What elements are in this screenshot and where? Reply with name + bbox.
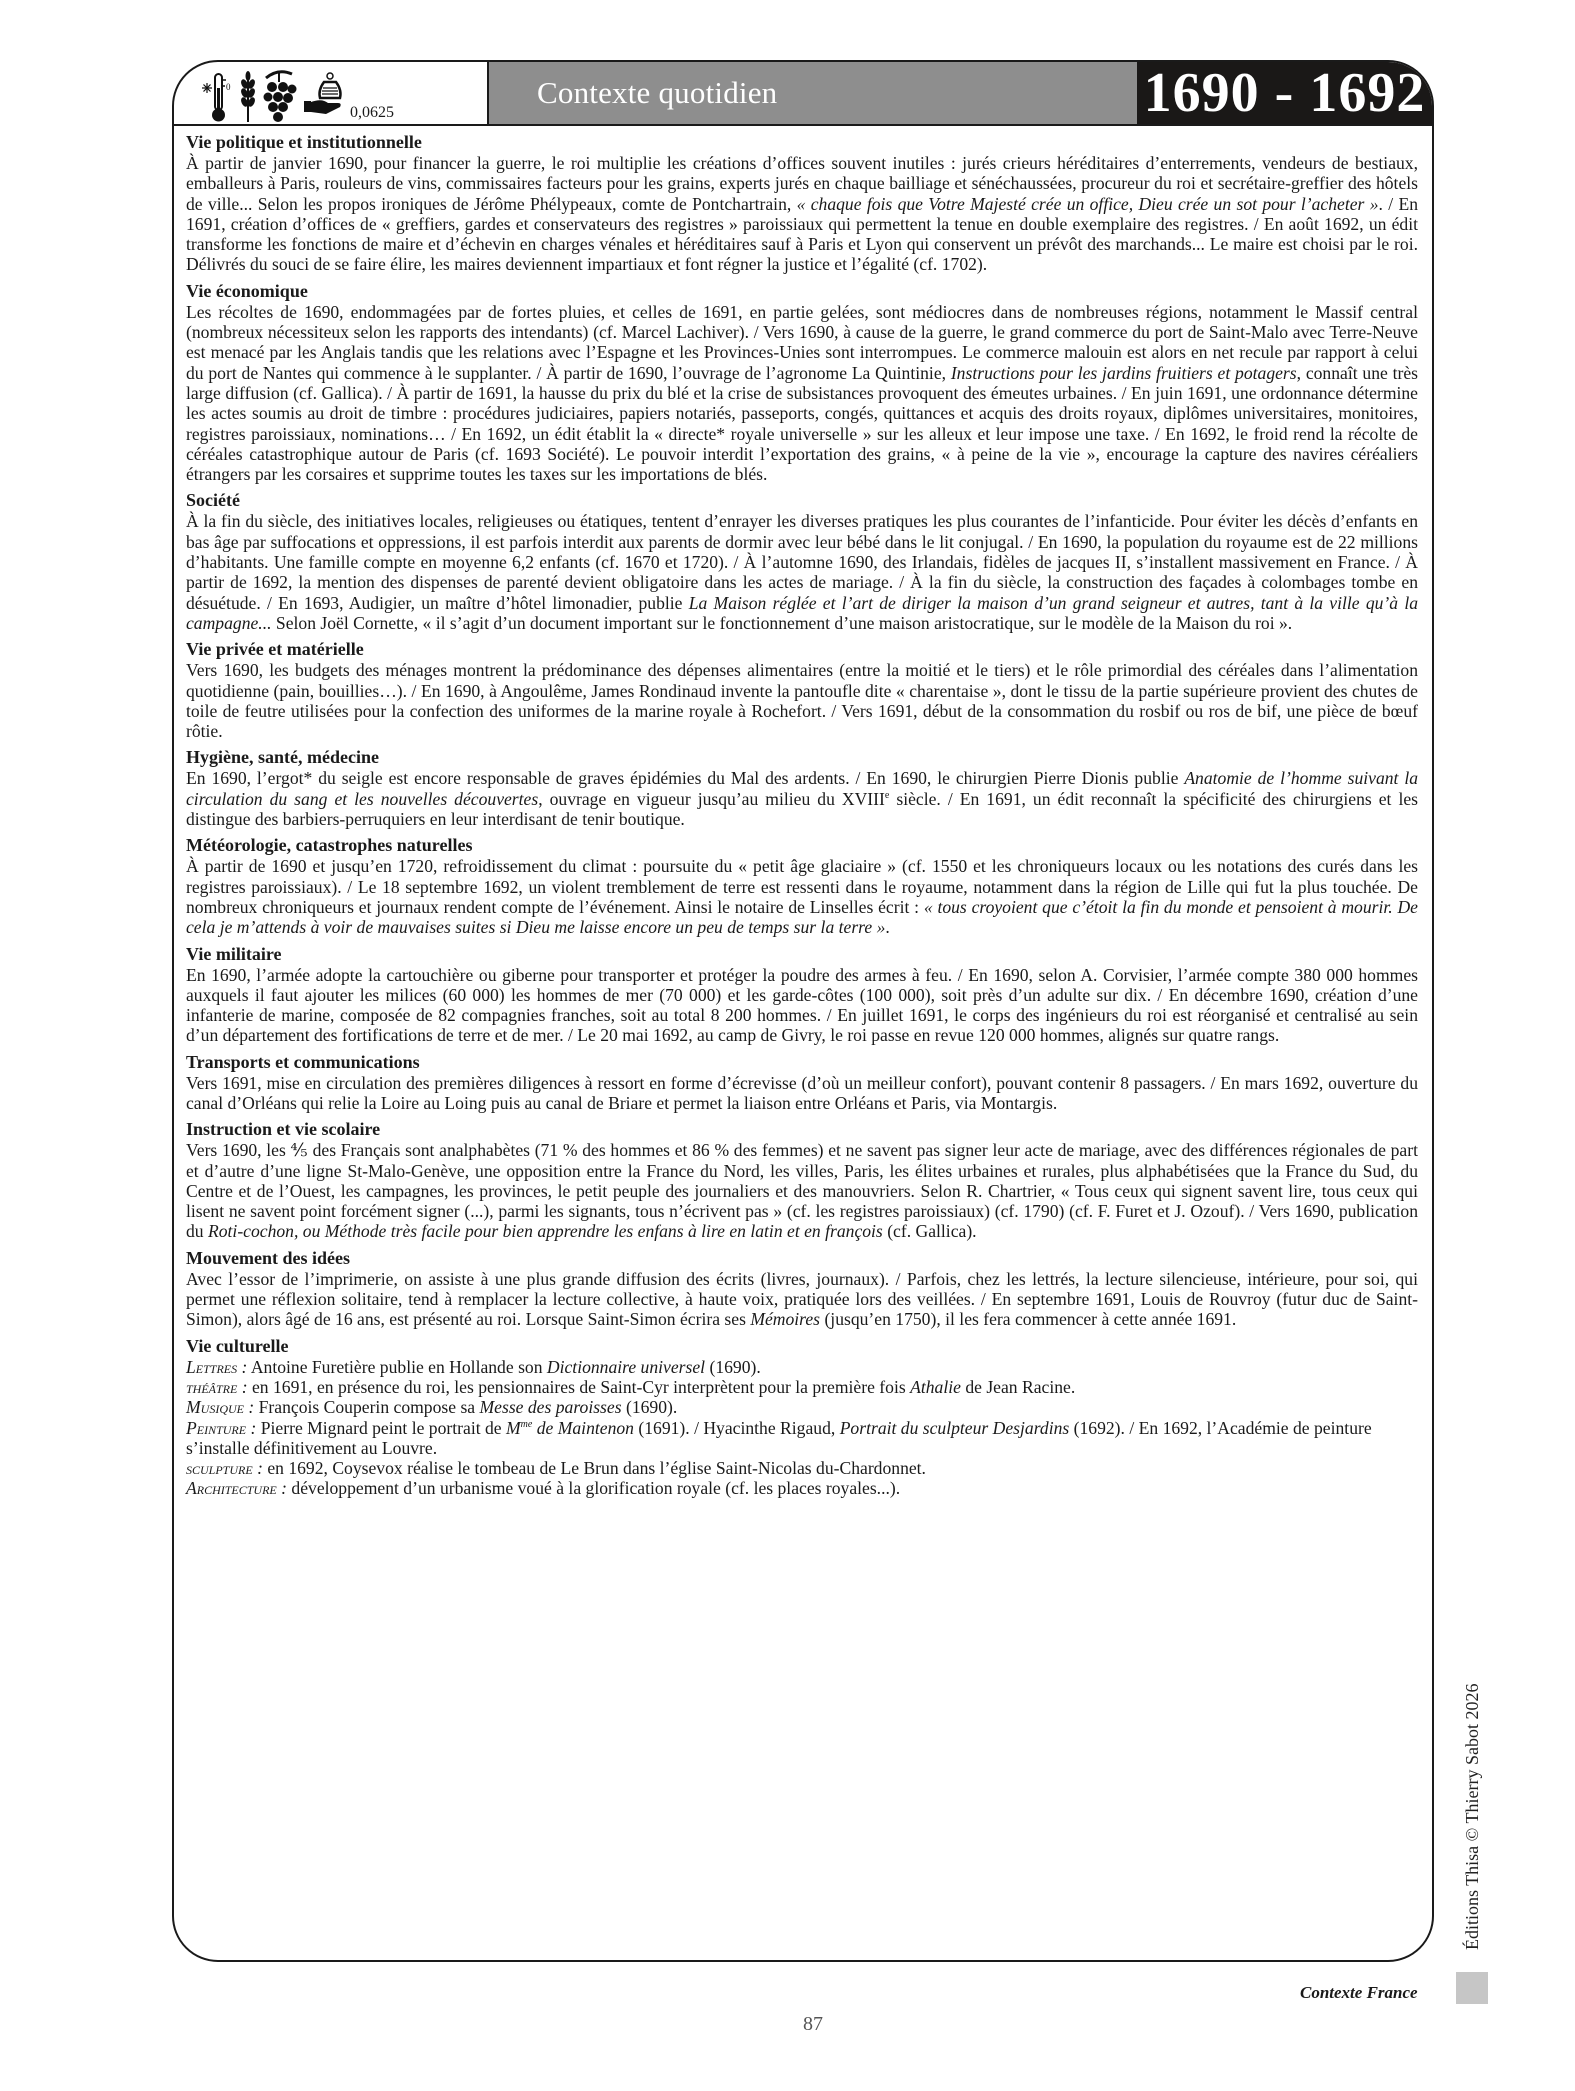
section: Météorologie, catastrophes naturellesÀ p… xyxy=(186,835,1418,937)
section-paragraph: Vers 1690, les ⅘ des Français sont analp… xyxy=(186,1140,1418,1241)
section: Mouvement des idéesAvec l’essor de l’imp… xyxy=(186,1248,1418,1330)
section: Instruction et vie scolaireVers 1690, le… xyxy=(186,1119,1418,1241)
culture-entry: Peinture : Pierre Mignard peint le portr… xyxy=(186,1418,1418,1459)
section-heading: Hygiène, santé, médecine xyxy=(186,747,1418,768)
price-value: 0,0625 xyxy=(350,104,394,122)
text-run: développement d’un urbanisme voué à la g… xyxy=(287,1478,900,1498)
italic-text: Dictionnaire universel xyxy=(547,1357,705,1377)
section-paragraph: Les récoltes de 1690, endommagées par de… xyxy=(186,302,1418,485)
italic-text: « chaque fois que Votre Majesté crée un … xyxy=(797,194,1379,214)
grapes-icon xyxy=(262,68,298,124)
section: SociétéÀ la fin du siècle, des initiativ… xyxy=(186,490,1418,633)
section-title: Contexte quotidien xyxy=(489,62,1137,124)
text-run: de Jean Racine. xyxy=(961,1377,1075,1397)
italic-text: Athalie xyxy=(910,1377,961,1397)
section-paragraph: En 1690, l’ergot* du seigle est encore r… xyxy=(186,768,1418,829)
text-run: Pierre Mignard peint le portrait de xyxy=(256,1418,506,1438)
section: Transports et communicationsVers 1691, m… xyxy=(186,1052,1418,1114)
text-run: en 1692, Coysevox réalise le tombeau de … xyxy=(263,1458,926,1478)
section-paragraph: Avec l’essor de l’imprimerie, on assiste… xyxy=(186,1269,1418,1330)
culture-entry: sculpture : en 1692, Coysevox réalise le… xyxy=(186,1458,1418,1478)
text-run: (1690). xyxy=(622,1397,678,1417)
page-number: 87 xyxy=(803,2013,823,2036)
section-heading: Vie privée et matérielle xyxy=(186,639,1418,660)
hand-money-bag-icon xyxy=(304,70,344,124)
section-heading: Vie politique et institutionnelle xyxy=(186,132,1418,153)
text-run: , ouvrage en vigueur jusqu’au milieu du … xyxy=(538,789,885,809)
section: Vie militaireEn 1690, l’armée adopte la … xyxy=(186,944,1418,1046)
text-run: Vers 1691, mise en circulation des premi… xyxy=(186,1073,1418,1113)
culture-entry: Lettres : Antoine Furetière publie en Ho… xyxy=(186,1357,1418,1377)
section: Hygiène, santé, médecineEn 1690, l’ergot… xyxy=(186,747,1418,829)
text-run: en 1691, en présence du roi, les pension… xyxy=(248,1377,911,1397)
wheat-icon xyxy=(240,70,256,124)
culture-entry: Musique : François Couperin compose sa M… xyxy=(186,1397,1418,1417)
culture-entry: Architecture : développement d’un urbani… xyxy=(186,1478,1418,1498)
indicator-icons: 0 xyxy=(174,62,489,124)
section-heading: Vie culturelle xyxy=(186,1336,1418,1357)
section-heading: Transports et communications xyxy=(186,1052,1418,1073)
section-heading: Mouvement des idées xyxy=(186,1248,1418,1269)
section-heading: Instruction et vie scolaire xyxy=(186,1119,1418,1140)
section-heading: Vie économique xyxy=(186,281,1418,302)
culture-category-label: Lettres : xyxy=(186,1357,247,1377)
footer-section-label: Contexte France xyxy=(1300,1983,1418,2003)
section-paragraph: À la fin du siècle, des initiatives loca… xyxy=(186,511,1418,633)
copyright-credit: Éditions Thisa © Thierry Sabot 2026 xyxy=(1462,1684,1483,1951)
section-paragraph: À partir de janvier 1690, pour financer … xyxy=(186,153,1418,275)
culture-category-label: théâtre : xyxy=(186,1377,248,1397)
content-body: Vie politique et institutionnelleÀ parti… xyxy=(186,132,1418,1505)
text-run: . xyxy=(885,917,889,937)
text-run: (jusqu’en 1750), il les fera commencer à… xyxy=(820,1309,1236,1329)
italic-text: Mémoires xyxy=(750,1309,820,1329)
section-heading: Météorologie, catastrophes naturelles xyxy=(186,835,1418,856)
page-header: 0 xyxy=(174,62,1432,126)
section: Vie privée et matérielleVers 1690, les b… xyxy=(186,639,1418,741)
page-frame: 0 xyxy=(172,60,1434,1962)
italic-text: Roti-cochon, ou Méthode très facile pour… xyxy=(208,1221,883,1241)
culture-category-label: Architecture : xyxy=(186,1478,287,1498)
culture-category-label: Musique : xyxy=(186,1397,254,1417)
culture-category-label: Peinture : xyxy=(186,1418,256,1438)
svg-text:0: 0 xyxy=(226,82,231,92)
section: Vie politique et institutionnelleÀ parti… xyxy=(186,132,1418,275)
text-run: (1690). xyxy=(705,1357,761,1377)
italic-text: de Maintenon xyxy=(532,1418,634,1438)
text-run: (cf. Gallica). xyxy=(883,1221,977,1241)
culture-category-label: sculpture : xyxy=(186,1458,263,1478)
section: Vie économiqueLes récoltes de 1690, endo… xyxy=(186,281,1418,485)
section-paragraph: Vers 1690, les budgets des ménages montr… xyxy=(186,660,1418,741)
italic-text: Portrait du sculpteur Desjardins xyxy=(840,1418,1070,1438)
year-range: 1690 - 1692 xyxy=(1137,62,1432,124)
text-run: Vers 1690, les budgets des ménages montr… xyxy=(186,660,1418,741)
section-heading: Société xyxy=(186,490,1418,511)
thermometer-cold-icon: 0 xyxy=(200,70,234,124)
text-run: En 1690, l’armée adopte la cartouchière … xyxy=(186,965,1418,1046)
section-paragraph: Vers 1691, mise en circulation des premi… xyxy=(186,1073,1418,1114)
section-culture: Vie culturelleLettres : Antoine Furetièr… xyxy=(186,1336,1418,1499)
culture-entry: théâtre : en 1691, en présence du roi, l… xyxy=(186,1377,1418,1397)
section-paragraph: En 1690, l’armée adopte la cartouchière … xyxy=(186,965,1418,1046)
footer-marker-square xyxy=(1456,1972,1488,2004)
italic-text: M xyxy=(506,1418,521,1438)
italic-text: Messe des paroisses xyxy=(480,1397,622,1417)
text-run: François Couperin compose sa xyxy=(254,1397,479,1417)
italic-text: me xyxy=(521,1419,533,1430)
text-run: Antoine Furetière publie en Hollande son xyxy=(247,1357,547,1377)
text-run: (1691). / Hyacinthe Rigaud, xyxy=(634,1418,840,1438)
section-paragraph: À partir de 1690 et jusqu’en 1720, refro… xyxy=(186,856,1418,937)
text-run: En 1690, l’ergot* du seigle est encore r… xyxy=(186,768,1184,788)
section-heading: Vie militaire xyxy=(186,944,1418,965)
italic-text: Instructions pour les jardins fruitiers … xyxy=(951,363,1297,383)
text-run: Selon Joël Cornette, « il s’agit d’un do… xyxy=(272,613,1293,633)
